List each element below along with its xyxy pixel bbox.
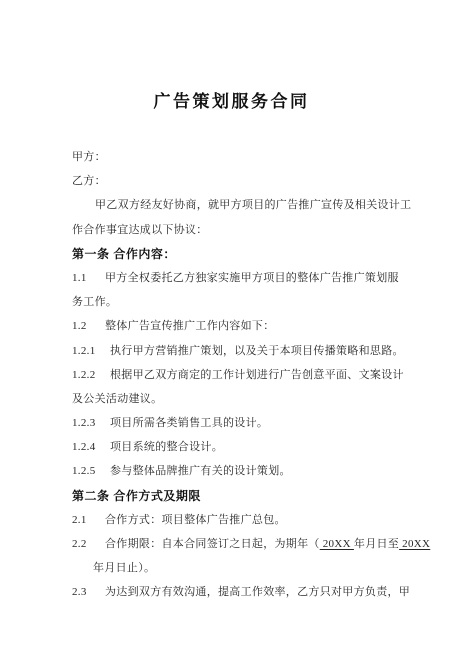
clause-number-1-2-4: 1.2.4 xyxy=(72,435,110,459)
contract-document-page: 广告策划服务合同 甲方： 乙方： 甲乙双方经友好协商，就甲方项目的广告推广宣传及… xyxy=(0,0,463,655)
clause-number-1-1: 1.1 xyxy=(72,266,105,290)
clause-number-1-2: 1.2 xyxy=(72,314,105,338)
clause-text-1-2-4: 项目系统的整合设计。 xyxy=(110,441,223,453)
clause-2-2-line-1: 2.2合作期限：自本合同签订之日起，为期年（ 20XX 年月日至 20XX xyxy=(72,532,452,556)
clause-number-2-3: 2.3 xyxy=(72,580,105,604)
clause-1-1-line-1: 1.1甲方全权委托乙方独家实施甲方项目的整体广告推广策划服 xyxy=(72,266,452,290)
contract-title: 广告策划服务合同 xyxy=(0,0,463,115)
clause-text-2-1: 合作方式：项目整体广告推广总包。 xyxy=(105,514,286,526)
clause-2-3: 2.3为达到双方有效沟通，提高工作效率，乙方只对甲方负责，甲 xyxy=(72,580,452,604)
clause-text-1-1: 甲方全权委托乙方独家实施甲方项目的整体广告推广策划服 xyxy=(105,272,399,284)
party-b-line: 乙方： xyxy=(72,169,452,193)
clause-text-1-2-2: 根据甲乙双方商定的工作计划进行广告创意平面、文案设计 xyxy=(110,369,404,381)
clause-1-2-2-line-2: 及公关活动建议。 xyxy=(72,387,452,411)
section-2-heading: 第二条 合作方式及期限 xyxy=(72,484,452,508)
clause-number-2-1: 2.1 xyxy=(72,508,105,532)
intro-paragraph-line-1: 甲乙双方经友好协商，就甲方项目的广告推广宣传及相关设计工 xyxy=(72,193,452,217)
clause-1-1-line-2: 务工作。 xyxy=(72,290,452,314)
clause-2-1: 2.1合作方式：项目整体广告推广总包。 xyxy=(72,508,452,532)
clause-1-2: 1.2整体广告宣传推广工作内容如下： xyxy=(72,314,452,338)
clause-text-1-2-5: 参与整体品牌推广有关的设计策划。 xyxy=(110,465,291,477)
clause-number-1-2-1: 1.2.1 xyxy=(72,339,110,363)
clause-number-1-2-2: 1.2.2 xyxy=(72,363,110,387)
clause-text-2-2-pre: 合作期限：自本合同签订之日起，为期年（ xyxy=(105,538,320,550)
fill-in-blank-year-end: 20XX xyxy=(399,538,430,550)
clause-1-2-5: 1.2.5参与整体品牌推广有关的设计策划。 xyxy=(72,459,452,483)
clause-1-2-1: 1.2.1执行甲方营销推广策划，以及关于本项目传播策略和思路。 xyxy=(72,339,452,363)
contract-body: 甲方： 乙方： 甲乙双方经友好协商，就甲方项目的广告推广宣传及相关设计工 作合作… xyxy=(0,145,452,605)
fill-in-blank-year-start: 20XX xyxy=(320,538,354,550)
party-a-line: 甲方： xyxy=(72,145,452,169)
clause-1-2-4: 1.2.4项目系统的整合设计。 xyxy=(72,435,452,459)
clause-text-1-2-1: 执行甲方营销推广策划，以及关于本项目传播策略和思路。 xyxy=(110,345,404,357)
clause-2-2-line-2: 年月日止）。 xyxy=(72,556,452,580)
clause-text-2-3: 为达到双方有效沟通，提高工作效率，乙方只对甲方负责，甲 xyxy=(105,586,410,598)
clause-1-2-2-line-1: 1.2.2根据甲乙双方商定的工作计划进行广告创意平面、文案设计 xyxy=(72,363,452,387)
clause-1-2-3: 1.2.3项目所需各类销售工具的设计。 xyxy=(72,411,452,435)
intro-paragraph-line-2: 作合作事宜达成以下协议： xyxy=(72,218,452,242)
clause-text-1-2-3: 项目所需各类销售工具的设计。 xyxy=(110,417,268,429)
clause-number-1-2-5: 1.2.5 xyxy=(72,459,110,483)
clause-number-1-2-3: 1.2.3 xyxy=(72,411,110,435)
clause-text-1-2: 整体广告宣传推广工作内容如下： xyxy=(105,320,275,332)
clause-text-2-2-mid: 年月日至 xyxy=(354,538,399,550)
section-1-heading: 第一条 合作内容： xyxy=(72,242,452,266)
clause-number-2-2: 2.2 xyxy=(72,532,105,556)
